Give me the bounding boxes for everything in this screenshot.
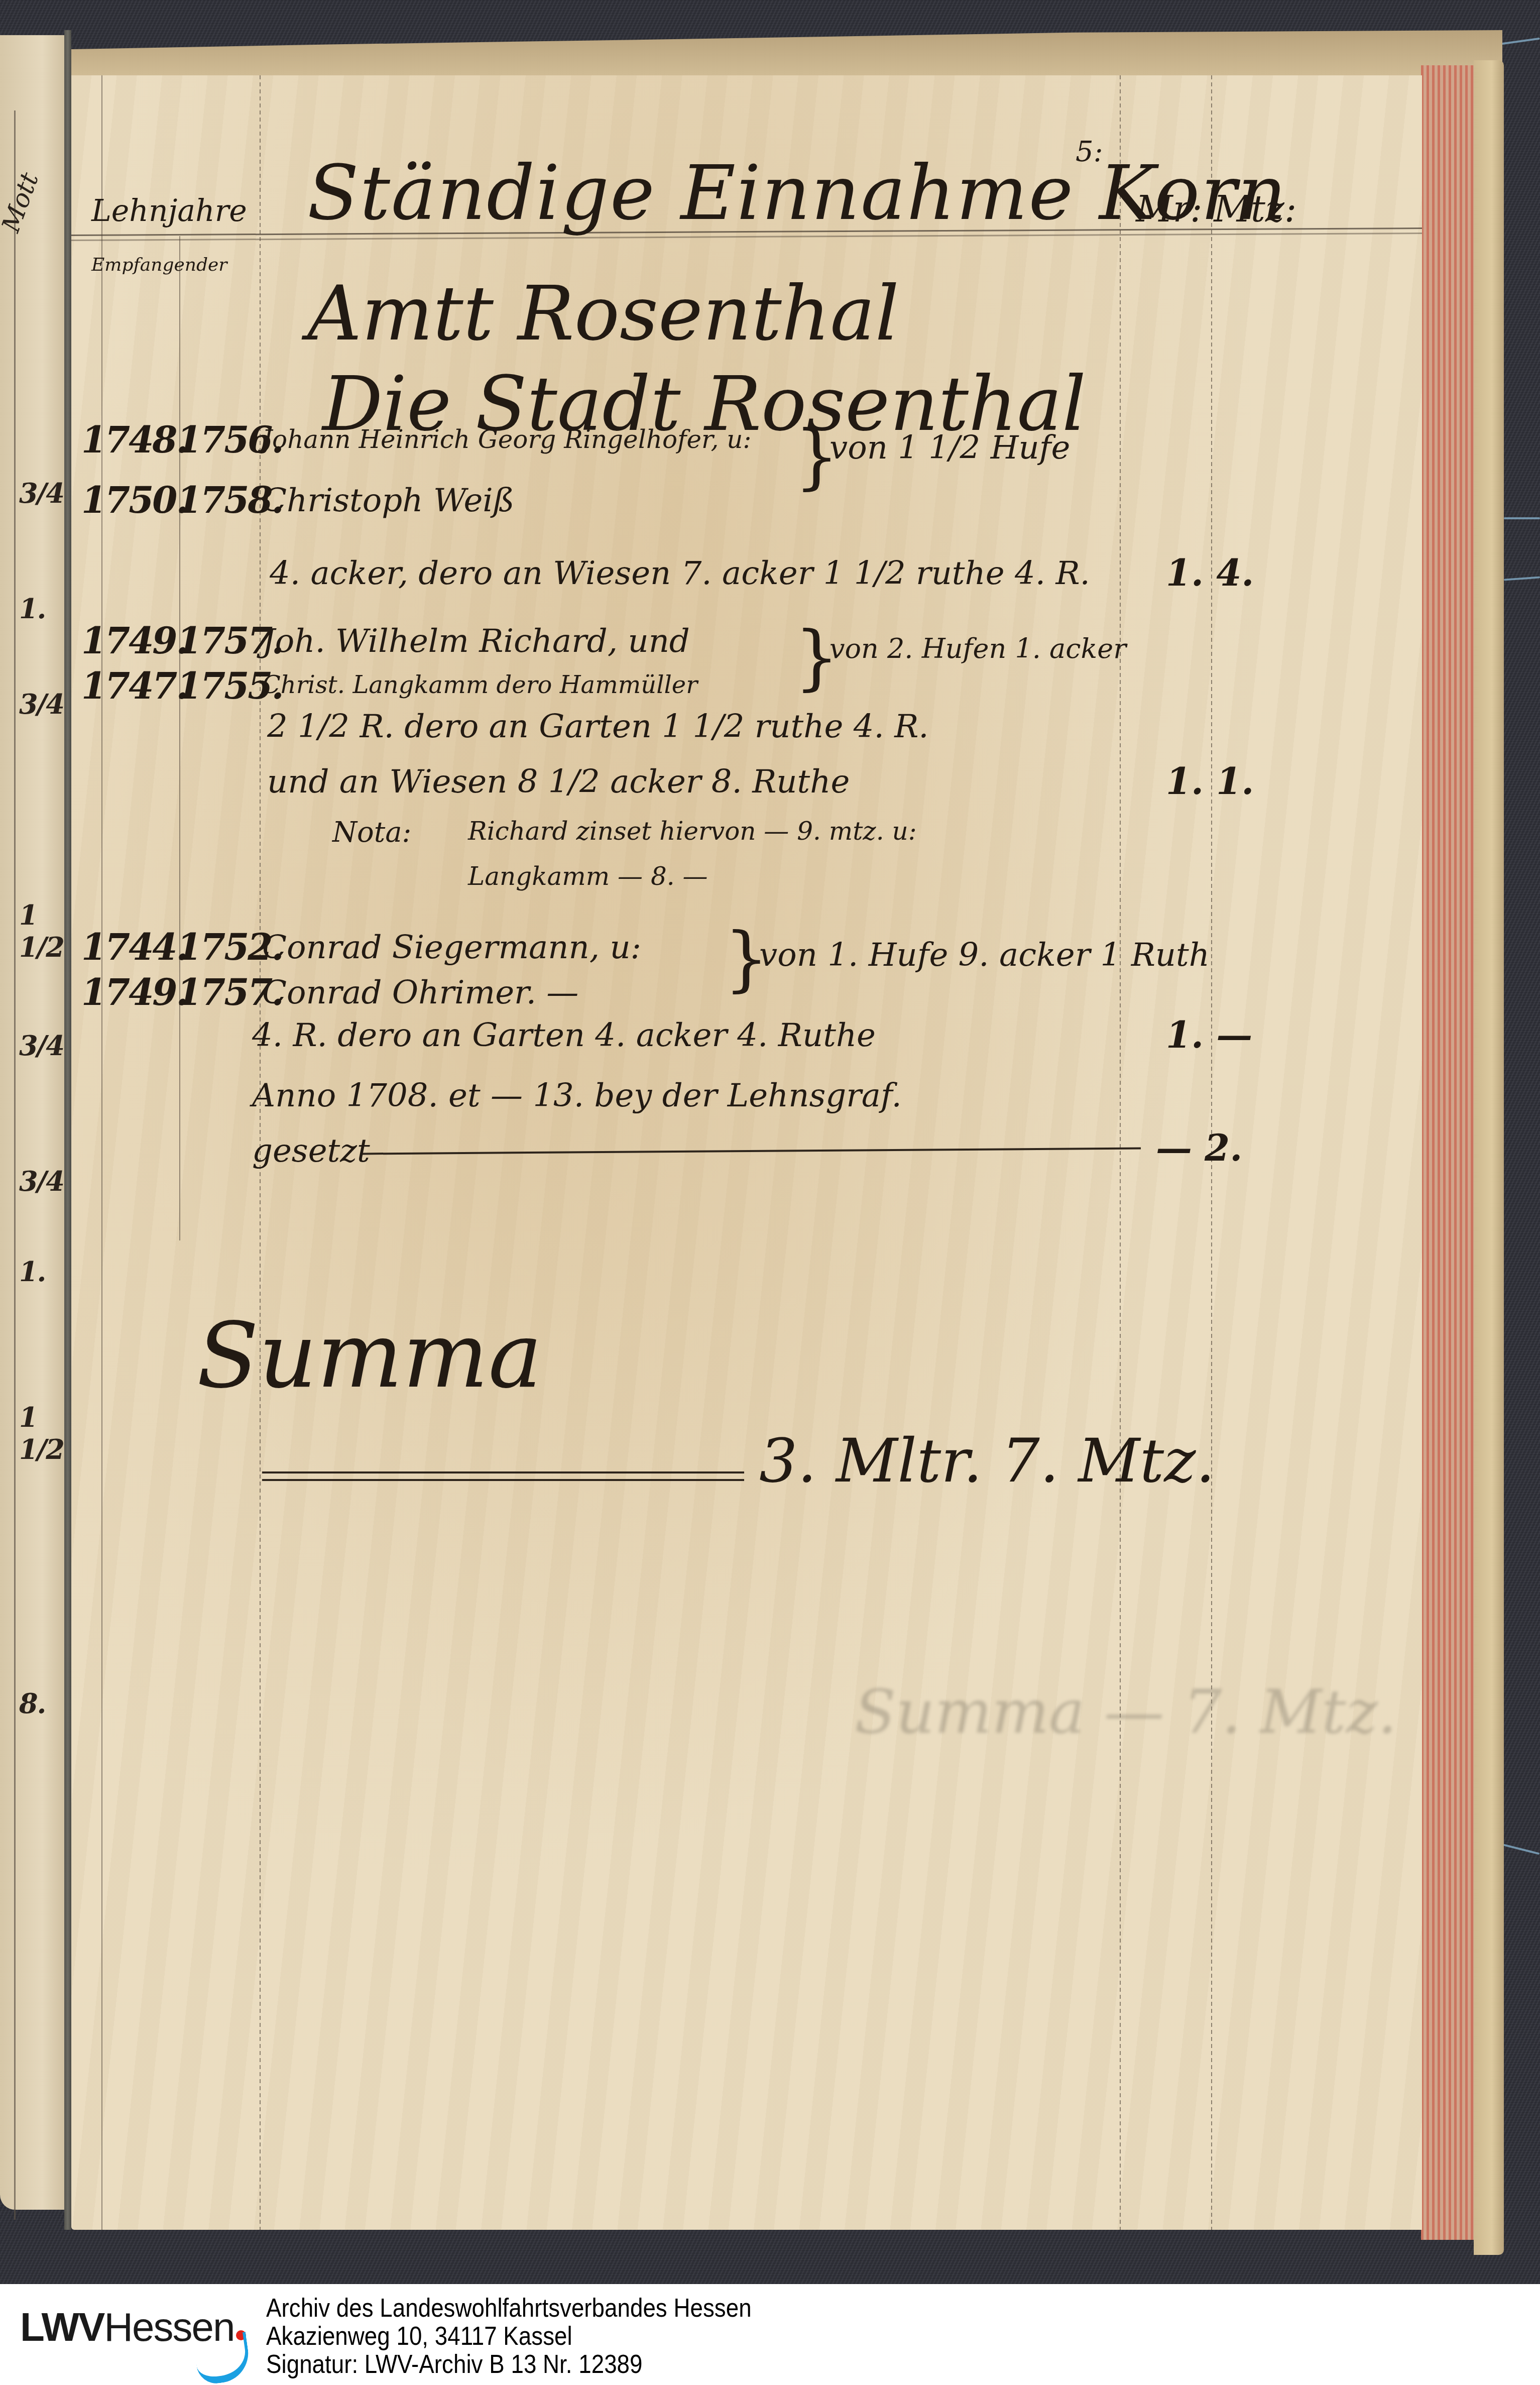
facing-page-sliver: Mott 3/4. 1. 3/4. 1 1/2. 3/4. 3/4. 1. 1 … xyxy=(0,35,70,2210)
archive-footer: LWVHessen Archiv des Landeswohlfahrtsver… xyxy=(0,2284,1540,2385)
brace-note: von 2. Hufen 1. acker xyxy=(830,635,1126,662)
summa-value: 3. Mltr. 7. Mtz. xyxy=(759,1431,1215,1492)
summa-label: Summa xyxy=(197,1311,542,1401)
left-margin-value: 1. xyxy=(19,1256,45,1288)
entry-name-line: Conrad Siegermann, u: xyxy=(262,932,641,964)
ledger-page: Lehnjahre Empfangender Ständige Einnahme… xyxy=(71,75,1422,2230)
brace-note: von 1 1/2 Hufe xyxy=(830,432,1070,464)
entry-year: 1749. xyxy=(81,974,187,1010)
entry-year: 1750. xyxy=(81,482,187,518)
entry-detail: 4. R. dero an Garten 4. acker 4. Ruthe xyxy=(252,1019,876,1052)
binding-thread xyxy=(1504,517,1540,519)
nota-line: Langkamm — 8. — xyxy=(468,864,708,889)
lwv-hessen-logo: LWVHessen xyxy=(20,2304,241,2374)
entry-amount: 1. 4. xyxy=(1166,555,1254,591)
entry-amount: — 2. xyxy=(1156,1130,1242,1166)
archive-signature: Signatur: LWV-Archiv B 13 Nr. 12389 xyxy=(266,2350,752,2378)
left-page-ruling xyxy=(14,110,16,2220)
entry-year: 1744. xyxy=(81,929,187,965)
entry-detail: gesetzt xyxy=(252,1135,370,1167)
entry-detail: und an Wiesen 8 1/2 acker 8. Ruthe xyxy=(267,766,850,798)
entry-name-line: Joh. Wilhelm Richard, und xyxy=(262,625,690,657)
column-rule xyxy=(101,75,102,2230)
summa-double-rule xyxy=(262,1479,744,1481)
ink-rule xyxy=(363,1148,1141,1155)
column-rule xyxy=(1120,75,1121,2230)
entry-year: 1749. xyxy=(81,623,187,659)
red-page-edges xyxy=(1421,65,1474,2240)
column-rule xyxy=(179,236,180,1240)
column-head-lehnjahre: Lehnjahre xyxy=(91,196,247,226)
left-margin-value: 8. xyxy=(19,1687,45,1720)
entry-amount: 1. 1. xyxy=(1166,763,1254,800)
nota-label: Nota: xyxy=(332,819,411,847)
entry-detail: 4. acker, dero an Wiesen 7. acker 1 1/2 … xyxy=(270,557,1090,590)
cover-edge xyxy=(1474,60,1504,2255)
archive-name: Archiv des Landeswohlfahrtsverbandes Hes… xyxy=(266,2294,752,2322)
entry-name-line: Johann Heinrich Georg Ringelhofer, u: xyxy=(262,427,751,452)
brace-note: von 1. Hufe 9. acker 1 Ruth xyxy=(759,939,1210,971)
heading-superscript: 5: xyxy=(1076,138,1103,166)
book-gutter xyxy=(64,30,71,2230)
bleed-through-text: Summa — 7. Mtz. xyxy=(855,1682,1397,1743)
entry-detail: Anno 1708. et — 13. bey der Lehnsgraf. xyxy=(252,1080,902,1112)
entry-name-line: Christoph Weiß xyxy=(262,485,515,517)
left-margin-value: 1. xyxy=(19,593,45,625)
summa-double-rule xyxy=(262,1471,744,1473)
column-head-empfangender: Empfangender xyxy=(91,256,227,274)
logo-bold-part: LWV xyxy=(20,2305,104,2349)
entry-name-line: Conrad Ohrimer. — xyxy=(262,977,578,1009)
archive-address: Akazienweg 10, 34117 Kassel xyxy=(266,2322,752,2350)
archive-address-block: Archiv des Landeswohlfahrtsverbandes Hes… xyxy=(266,2294,817,2378)
entry-year: 1747. xyxy=(81,668,187,704)
nota-line: Richard zinset hiervon — 9. mtz. u: xyxy=(468,819,917,844)
logo-blue-swoosh-icon xyxy=(193,2332,252,2385)
entry-detail: 2 1/2 R. dero an Garten 1 1/2 ruthe 4. R… xyxy=(267,711,929,743)
entry-amount: 1. — xyxy=(1166,1017,1252,1053)
left-page-column-head: Mott xyxy=(0,169,44,236)
column-head-units: Mr: Mtz: xyxy=(1136,191,1296,227)
entry-year: 1748. xyxy=(81,422,187,458)
entry-name-line: Christ. Langkamm dero Hammüller xyxy=(262,673,697,697)
section-heading-amt: Amtt Rosenthal xyxy=(307,276,899,352)
